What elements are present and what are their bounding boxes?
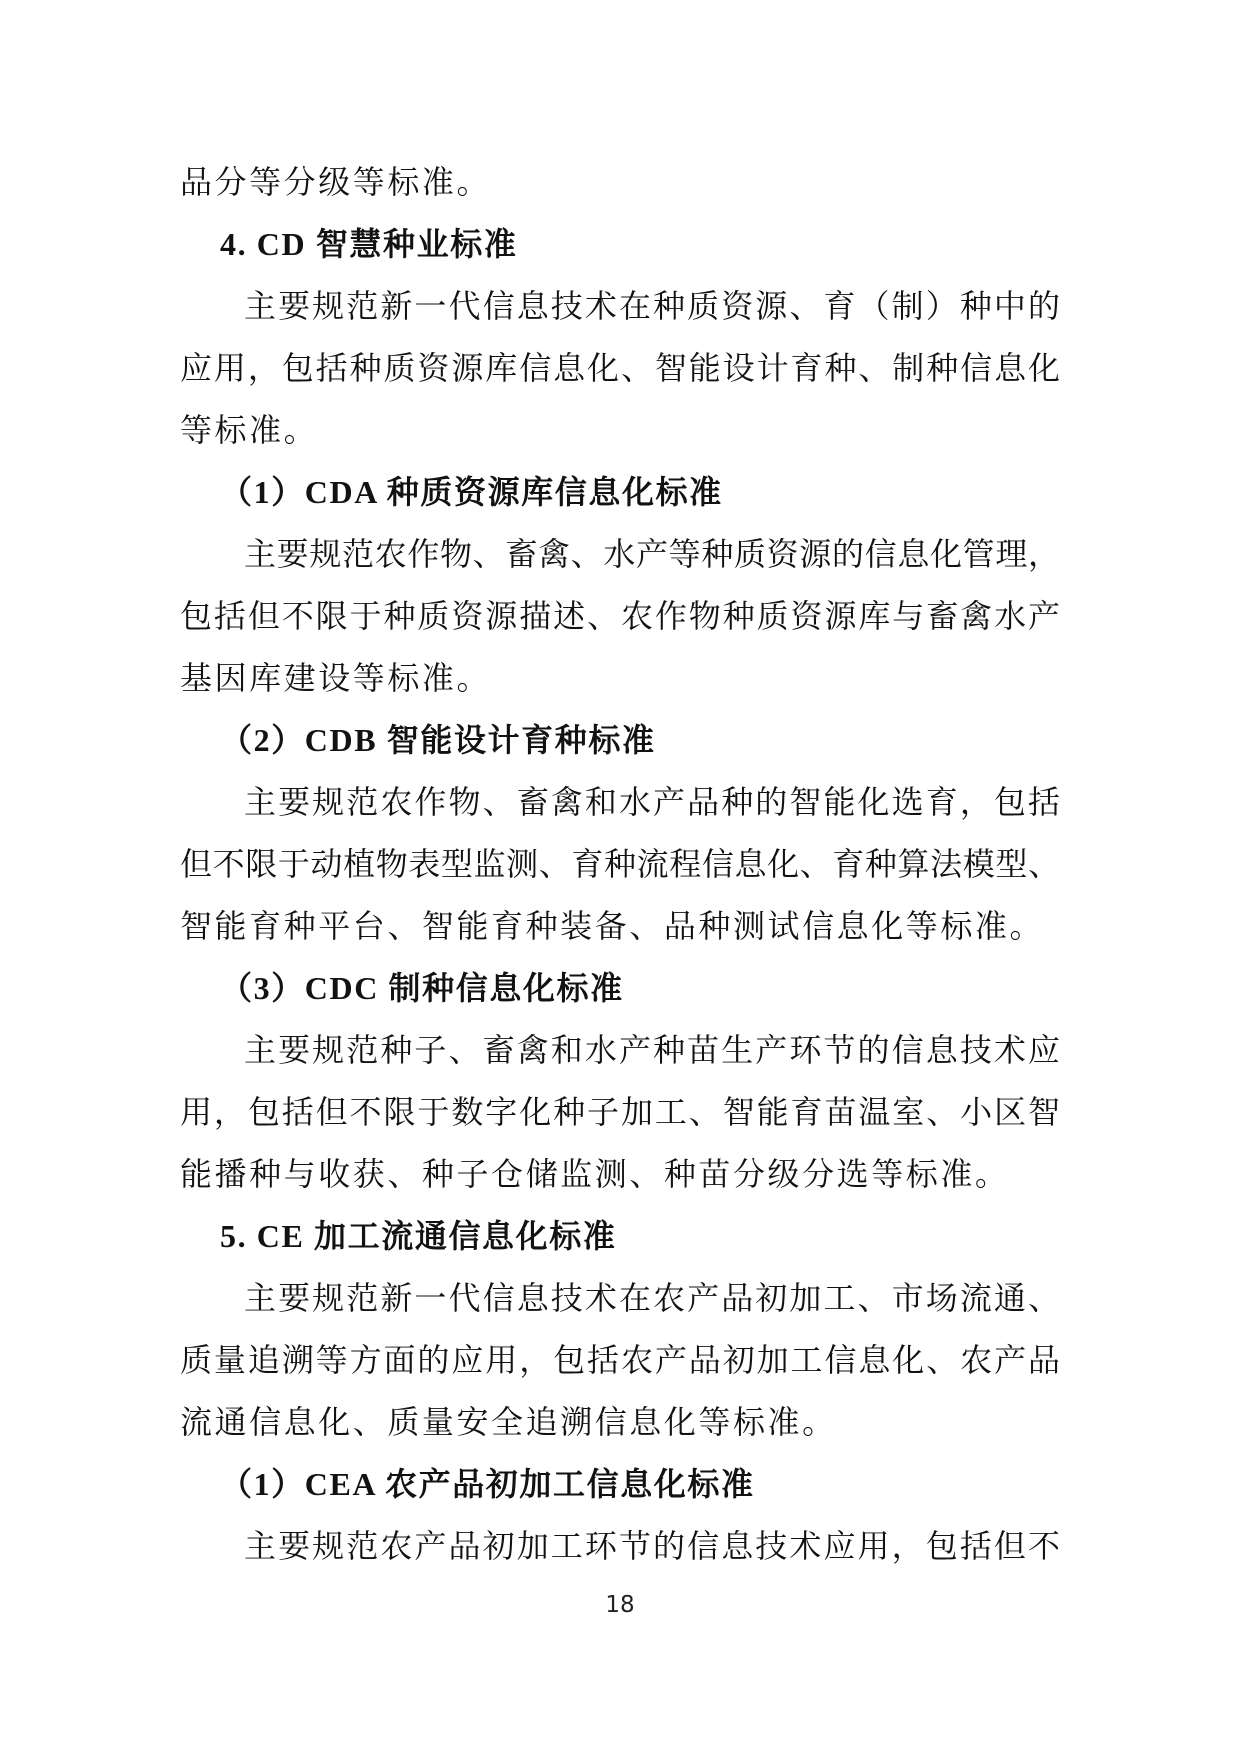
body-line: 但不限于动植物表型监测、育种流程信息化、育种算法模型、 — [180, 833, 1060, 895]
body-line: 主要规范农产品初加工环节的信息技术应用，包括但不 — [180, 1515, 1060, 1577]
body-line: 主要规范新一代信息技术在农产品初加工、市场流通、 — [180, 1267, 1060, 1329]
heading-line: 4. CD 智慧种业标准 — [180, 213, 1060, 275]
body-line: 主要规范农作物、畜禽和水产品种的智能化选育，包括 — [180, 771, 1060, 833]
body-line: 主要规范新一代信息技术在种质资源、育（制）种中的 — [180, 275, 1060, 337]
heading-line: （2）CDB 智能设计育种标准 — [180, 709, 1060, 771]
heading-line: （1）CDA 种质资源库信息化标准 — [180, 461, 1060, 523]
page-number: 18 — [0, 1590, 1240, 1620]
body-line: 质量追溯等方面的应用，包括农产品初加工信息化、农产品 — [180, 1329, 1060, 1391]
document-lines: 品分等分级等标准。4. CD 智慧种业标准主要规范新一代信息技术在种质资源、育（… — [180, 151, 1060, 1577]
body-line: 能播种与收获、种子仓储监测、种苗分级分选等标准。 — [180, 1143, 1060, 1205]
body-line: 流通信息化、质量安全追溯信息化等标准。 — [180, 1391, 1060, 1453]
heading-line: （1）CEA 农产品初加工信息化标准 — [180, 1453, 1060, 1515]
body-line: 主要规范农作物、畜禽、水产等种质资源的信息化管理， — [180, 523, 1060, 585]
body-line: 应用，包括种质资源库信息化、智能设计育种、制种信息化 — [180, 337, 1060, 399]
heading-line: （3）CDC 制种信息化标准 — [180, 957, 1060, 1019]
body-line: 主要规范种子、畜禽和水产种苗生产环节的信息技术应 — [180, 1019, 1060, 1081]
body-line: 品分等分级等标准。 — [180, 151, 1060, 213]
body-line: 用，包括但不限于数字化种子加工、智能育苗温室、小区智 — [180, 1081, 1060, 1143]
body-line: 基因库建设等标准。 — [180, 647, 1060, 709]
body-line: 智能育种平台、智能育种装备、品种测试信息化等标准。 — [180, 895, 1060, 957]
heading-line: 5. CE 加工流通信息化标准 — [180, 1205, 1060, 1267]
body-line: 包括但不限于种质资源描述、农作物种质资源库与畜禽水产 — [180, 585, 1060, 647]
body-line: 等标准。 — [180, 399, 1060, 461]
document-page: 品分等分级等标准。4. CD 智慧种业标准主要规范新一代信息技术在种质资源、育（… — [0, 0, 1240, 1754]
